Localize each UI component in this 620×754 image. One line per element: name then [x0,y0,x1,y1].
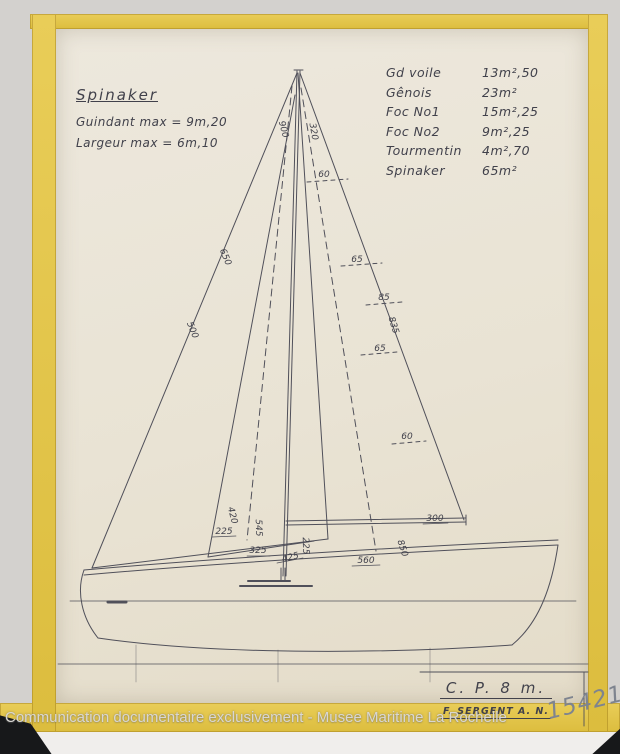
sail-name: Foc No2 [386,122,482,142]
sail-area-table: Gd voile 13m²,50 Gênois 23m² Foc No1 15m… [386,63,576,180]
sail-area: 23m² [482,83,576,103]
table-row: Spinaker 65m² [386,161,576,181]
dim-label-mast-lower: 545 [253,519,264,537]
dim-label-leech-1: 60 [318,170,330,180]
dim-label-mast-aft: 225 [300,537,311,555]
dim-label-mast-base: 325 [249,546,266,556]
sail-area: 65m² [482,161,576,181]
table-row: Foc No2 9m²,25 [386,122,576,142]
dim-label-leech-3: 85 [378,293,390,303]
sail-name: Spinaker [386,161,482,181]
spinnaker-note-line2: Largeur max = 6m,10 [76,133,266,154]
dim-label-genoa-upper: 650 [217,247,233,267]
dim-label-leech-4: 65 [374,344,386,354]
dim-label-boom-aft: 850 [394,539,409,559]
mast-line [286,71,300,576]
museum-caption: Communication documentaire exclusivement… [5,709,615,726]
sail-area: 15m²,25 [482,102,576,122]
dim-label-foot: 560 [357,556,374,566]
sail-name: Tourmentin [386,141,482,161]
boat-class-label: C. P. 8 m. [440,679,552,699]
spinnaker-edge-right [301,88,376,551]
sail-name: Gênois [386,83,482,103]
dim-label-leech-2: 65 [351,255,363,265]
forestay [208,95,295,557]
dim-label-foc-tack: 225 [215,527,232,537]
sail-name: Gd voile [386,63,482,83]
spinnaker-note-title: Spinaker [76,86,266,104]
table-row: Gd voile 13m²,50 [386,63,576,83]
hull-bottom [98,638,512,651]
dim-label-leech-5: 60 [401,432,413,442]
genoa-leech [298,73,328,539]
dim-label-luff-length: 835 [386,316,401,336]
table-row: Tourmentin 4m²,70 [386,141,576,161]
table-row: Foc No1 15m²,25 [386,102,576,122]
dim-label-foc-luff: 420 [225,506,239,525]
dim-label-genoa-lower: 500 [184,320,200,340]
table-row: Gênois 23m² [386,83,576,103]
scanned-sailplan-sheet: 900 320 60 65 85 835 65 60 650 500 420 2… [0,0,620,754]
dim-label-boom: 300 [426,514,443,524]
spinnaker-note: Spinaker Guindant max = 9m,20 Largeur ma… [76,86,266,154]
dim-label-mast-top: 320 [307,122,320,141]
spinnaker-note-line1: Guindant max = 9m,20 [76,112,266,133]
transom [512,545,558,645]
sail-area: 9m²,25 [482,122,576,142]
stem [80,570,98,638]
sail-area: 4m²,70 [482,141,576,161]
sail-area: 13m²,50 [482,63,576,83]
sheer-line [84,540,558,570]
sail-name: Foc No1 [386,102,482,122]
